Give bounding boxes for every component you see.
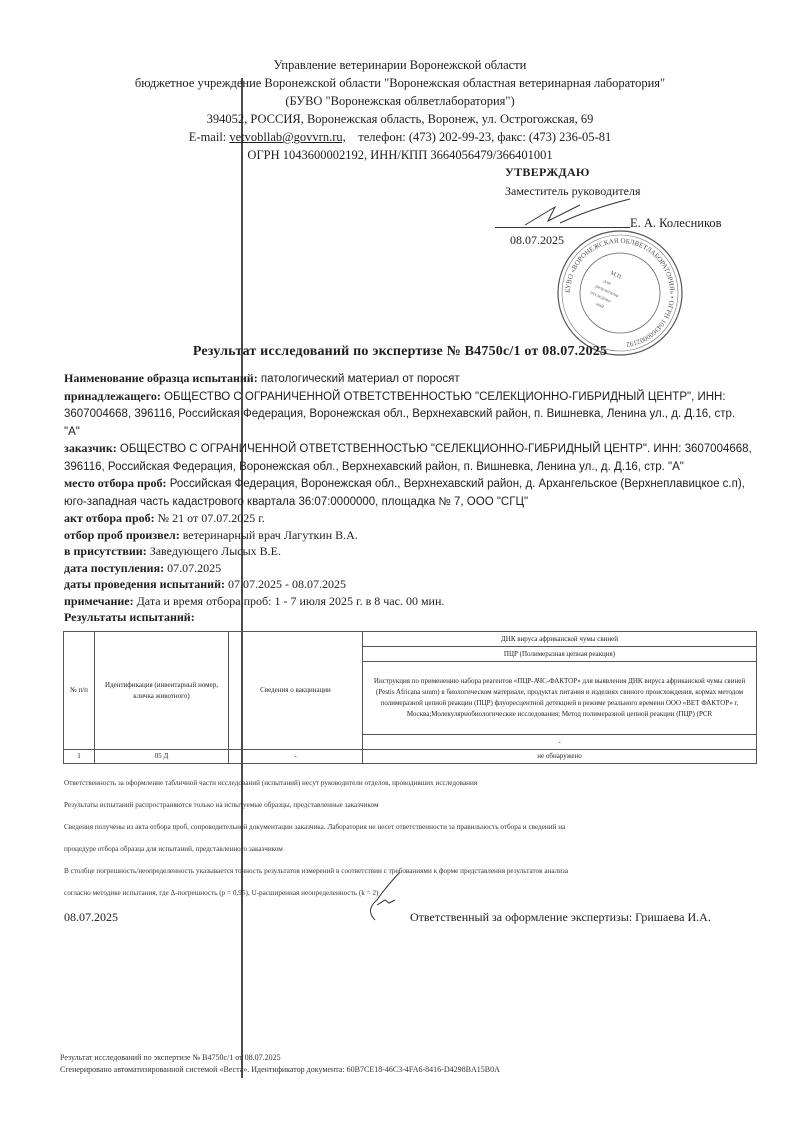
- row-number: 1: [64, 750, 95, 764]
- field-results-heading: Результаты испытаний:: [64, 609, 754, 626]
- field-sample-name: Наименование образца испытаний: патологи…: [64, 370, 754, 388]
- responsible-signature-icon: [355, 870, 415, 925]
- results-table: № п/п Идентификация (инвентарный номер, …: [63, 631, 757, 764]
- row-identification: 05 Д: [95, 750, 229, 764]
- responsible-person: Ответственный за оформление экспертизы: …: [410, 910, 711, 925]
- footer-reference: Результат исследований по экспертизе № В…: [60, 1052, 500, 1064]
- email-label: E-mail:: [189, 130, 227, 144]
- test-norm: -: [363, 735, 757, 750]
- row-vaccination: -: [229, 750, 363, 764]
- field-receipt-date: дата поступления: 07.07.2025: [64, 560, 754, 577]
- sample-info: Наименование образца испытаний: патологи…: [64, 370, 754, 626]
- test-method-header: ПЦР (Полимеразная цепная реакция): [363, 647, 757, 662]
- official-stamp-icon: БУВО «ВОРОНЕЖСКАЯ ОБЛВЕТЛАБОРАТОРИЯ» • О…: [545, 228, 695, 358]
- field-customer: заказчик: ОБЩЕСТВО С ОГРАНИЧЕННОЙ ОТВЕТС…: [64, 440, 754, 475]
- field-owner: принадлежащего: ОБЩЕСТВО С ОГРАНИЧЕННОЙ …: [64, 388, 754, 441]
- document-page: Управление ветеринарии Воронежской облас…: [0, 0, 800, 1130]
- field-sampling-act: акт отбора проб: № 21 от 07.07.2025 г.: [64, 510, 754, 527]
- document-title: Результат исследований по экспертизе № В…: [0, 344, 800, 360]
- field-sampled-by: отбор проб произвел: ветеринарный врач Л…: [64, 527, 754, 544]
- svg-text:для: для: [602, 279, 611, 287]
- note-line: Сведения получены из акта отбора проб, с…: [64, 816, 764, 838]
- email-link[interactable]: vetvobllab@govvrn.ru,: [229, 130, 345, 144]
- note-line: процедуре отбора образца для испытаний, …: [64, 838, 764, 860]
- table-header-row: № п/п Идентификация (инвентарный номер, …: [64, 632, 757, 647]
- phone-fax: телефон: (473) 202-99-23, факс: (473) 23…: [358, 130, 611, 144]
- header-ogrn: ОГРН 1043600002192, ИНН/КПП 3664056479/3…: [0, 146, 800, 164]
- approval-title: УТВЕРЖДАЮ: [505, 163, 641, 182]
- header-contacts: E-mail: vetvobllab@govvrn.ru, телефон: (…: [0, 128, 800, 146]
- document-footer: Результат исследований по экспертизе № В…: [60, 1052, 500, 1076]
- test-target-header: ДНК вируса африканской чумы свиней: [363, 632, 757, 647]
- field-note: примечание: Дата и время отбора проб: 1 …: [64, 593, 754, 610]
- header-short-name: (БУВО "Воронежская облветлаборатория"): [0, 92, 800, 110]
- svg-text:М.П.: М.П.: [609, 270, 623, 281]
- col-vaccination-header: Сведения о вакцинации: [229, 632, 363, 750]
- row-result: не обнаружено: [363, 750, 757, 764]
- col-identification-header: Идентификация (инвентарный номер, кличка…: [95, 632, 229, 750]
- note-line: Результаты испытаний распространяются то…: [64, 794, 764, 816]
- col-number-header: № п/п: [64, 632, 95, 750]
- approver-signature-icon: [520, 195, 640, 230]
- field-sampling-place: место отбора проб: Российская Федерация,…: [64, 475, 754, 510]
- signature-date: 08.07.2025: [64, 910, 118, 925]
- header-ministry: Управление ветеринарии Воронежской облас…: [0, 56, 800, 74]
- header-address: 394052, РОССИЯ, Воронежская область, Вор…: [0, 110, 800, 128]
- field-in-presence: в присутствии: Заведующего Лысых В.Е.: [64, 543, 754, 560]
- note-line: Ответственность за оформление табличной …: [64, 772, 764, 794]
- test-normative-doc: Инструкция по применению набора реагенто…: [363, 662, 757, 735]
- svg-text:ний: ний: [595, 302, 605, 310]
- table-row: 1 05 Д - не обнаружено: [64, 750, 757, 764]
- footer-generated-id: Сгенерировано автоматизированной системо…: [60, 1064, 500, 1076]
- svg-text:БУВО «ВОРОНЕЖСКАЯ ОБЛВЕТЛАБОРА: БУВО «ВОРОНЕЖСКАЯ ОБЛВЕТЛАБОРАТОРИЯ» • О…: [564, 237, 676, 349]
- header-institution: бюджетное учреждение Воронежской области…: [0, 74, 800, 92]
- field-test-dates: даты проведения испытаний: 07.07.2025 - …: [64, 576, 754, 593]
